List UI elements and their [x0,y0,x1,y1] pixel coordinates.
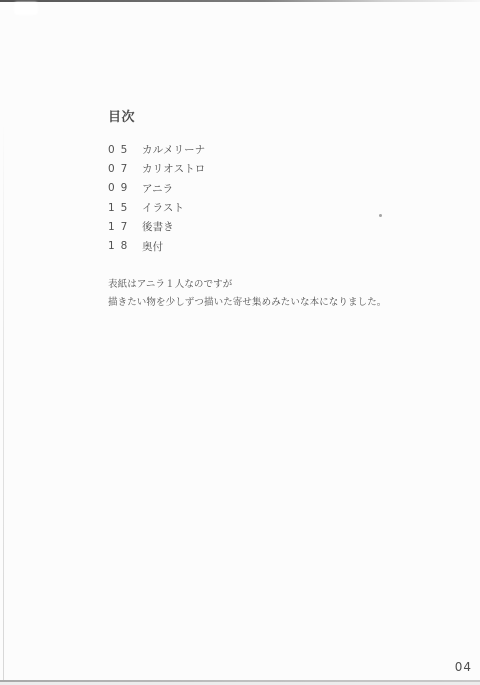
toc-entry-label: カルメリーナ [142,142,205,157]
toc-entry: 05 カルメリーナ [108,140,358,159]
scan-artifact-top-edge [0,0,480,2]
toc-entry: 17 後書き [108,217,358,236]
author-note-line: 描きたい物を少しずつ描いた寄せ集めみたいな本になりました。 [108,294,428,312]
scan-artifact-white-patch [14,2,38,15]
toc-entry-label: イラスト [142,200,184,215]
author-note: 表紙はアニラ１人なのですが 描きたい物を少しずつ描いた寄せ集めみたいな本になりま… [108,276,428,311]
toc-entry-label: カリオストロ [142,161,205,176]
author-note-line: 表紙はアニラ１人なのですが [108,276,428,294]
toc-entry-page-number: 09 [108,182,142,194]
toc-entry: 07 カリオストロ [108,159,358,178]
toc-entry-page-number: 17 [108,221,142,233]
scan-artifact-left-edge [3,120,4,680]
toc-entry-label: 奥付 [142,239,163,254]
toc-entry-page-number: 18 [108,240,142,252]
toc-entry-page-number: 07 [108,163,142,175]
toc-entry-label: 後書き [142,219,174,234]
toc-entry-page-number: 05 [108,144,142,156]
page-number: 04 [455,660,472,674]
toc-list: 05 カルメリーナ 07 カリオストロ 09 アニラ 15 イラスト 17 後書… [108,140,358,256]
toc-entry: 18 奥付 [108,236,358,255]
toc-entry: 15 イラスト [108,198,358,217]
toc-entry-label: アニラ [142,181,173,196]
toc-title: 目次 [108,106,135,125]
toc-entry: 09 アニラ [108,179,358,198]
scanned-book-page: 目次 05 カルメリーナ 07 カリオストロ 09 アニラ 15 イラスト 17… [0,0,480,685]
toc-entry-page-number: 15 [108,202,142,214]
scan-artifact-speck [379,214,382,217]
